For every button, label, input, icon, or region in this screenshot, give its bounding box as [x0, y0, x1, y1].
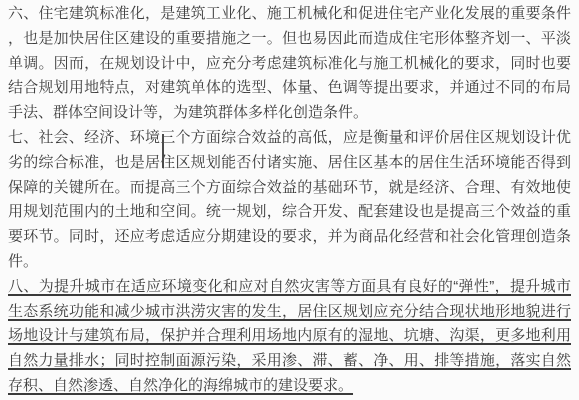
text-cursor-mark [162, 134, 164, 168]
text-line: 八、为提升城市在适应环境变化和应对自然灾害等方面具有良好的“弹性”，提升城市 [8, 275, 571, 300]
text-line: 保障的关键所在。而提高三个方面综合效益的基础环节，就是经济、合理、有效地使 [8, 176, 571, 201]
text-line: ，也是加快居住区建设的重要措施之一。但也易因此而造成住宅形体整齐划一、平淡 [8, 27, 571, 52]
paragraph-6: 六、住宅建筑标准化，是建筑工业化、施工机械化和促进住宅产业化发展的重要条件，也是… [8, 2, 571, 126]
text-line: 件。 [8, 250, 571, 275]
text-line: 存积、自然渗透、自然净化的海绵城市的建设要求。 [8, 374, 571, 399]
text-line: 单调。因而，在规划设计中，应充分考虑建筑标准化与施工机械化的要求，同时也要 [8, 52, 571, 77]
text-line: 手法、群体空间设计等，为建筑群体多样化创造条件。 [8, 101, 571, 126]
text-line: 场地设计与建筑布局，保护并合理利用场地内原有的湿地、坑塘、沟渠，更多地利用 [8, 324, 571, 349]
text-line: 要环节。同时，还应考虑适应分期建设的要求，并为商品化经营和社会化管理创造条 [8, 225, 571, 250]
text-line: 用规划范围内的土地和空间。统一规划，综合开发、配套建设也是提高三个效益的重 [8, 200, 571, 225]
text-line: 六、住宅建筑标准化，是建筑工业化、施工机械化和促进住宅产业化发展的重要条件 [8, 2, 571, 27]
text-line: 结合规划用地特点，对建筑单体的选型、体量、色调等提出要求，并通过不同的布局 [8, 76, 571, 101]
document-body: 六、住宅建筑标准化，是建筑工业化、施工机械化和促进住宅产业化发展的重要条件，也是… [8, 2, 571, 399]
document-page: 六、住宅建筑标准化，是建筑工业化、施工机械化和促进住宅产业化发展的重要条件，也是… [0, 0, 579, 400]
text-line: 劣的综合标准，也是居住区规划能否付诸实施、居住区基本的居住生活环境能否得到 [8, 151, 571, 176]
text-line: 自然力量排水；同时控制面源污染，采用渗、滞、蓄、净、用、排等措施，落实自然 [8, 349, 571, 374]
paragraph-7: 七、社会、经济、环境三个方面综合效益的高低，应是衡量和评价居住区规划设计优劣的综… [8, 126, 571, 275]
paragraph-8: 八、为提升城市在适应环境变化和应对自然灾害等方面具有良好的“弹性”，提升城市生态… [8, 275, 571, 399]
text-line: 生态系统功能和减少城市洪涝灾害的发生，居住区规划应充分结合现状地形地貌进行 [8, 300, 571, 325]
text-line: 七、社会、经济、环境三个方面综合效益的高低，应是衡量和评价居住区规划设计优 [8, 126, 571, 151]
